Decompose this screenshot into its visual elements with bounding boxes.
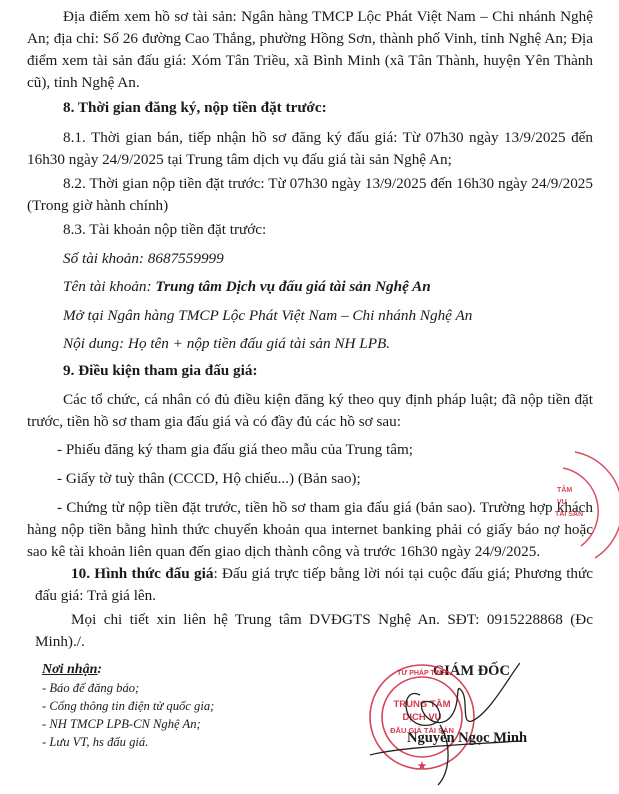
- svg-text:VỤ: VỤ: [557, 499, 567, 506]
- signer-name: Nguyễn Ngọc Minh: [407, 727, 527, 749]
- section-8-3: 8.3. Tài khoản nộp tiền đặt trước:: [63, 219, 266, 241]
- view-location-paragraph: Địa điểm xem hồ sơ tài sản: Ngân hàng TM…: [27, 6, 593, 94]
- recipient-item: - Báo để đăng báo;: [42, 679, 214, 697]
- recipient-item: - NH TMCP LPB-CN Nghệ An;: [42, 715, 214, 733]
- section-8-1: 8.1. Thời gian bán, tiếp nhận hồ sơ đăng…: [27, 127, 593, 171]
- recipient-item: - Lưu VT, hs đấu giá.: [42, 733, 214, 751]
- svg-text:TÂM: TÂM: [557, 485, 572, 494]
- account-name-value: Trung tâm Dịch vụ đấu giá tài sản Nghệ A…: [155, 278, 430, 295]
- recipients-title: Nơi nhận: [42, 662, 97, 677]
- signature-scribble-icon: [370, 663, 520, 785]
- contact-line: Mọi chi tiết xin liên hệ Trung tâm DVĐGT…: [35, 609, 593, 653]
- account-name-label: Tên tài khoản:: [63, 278, 155, 295]
- section-9-heading: 9. Điều kiện tham gia đấu giá:: [63, 360, 258, 382]
- stamp-top-text: TƯ PHÁP TỈNH: [397, 668, 447, 677]
- requirement-item: - Chứng từ nộp tiền đặt trước, tiền hồ s…: [27, 497, 593, 563]
- recipient-item: - Cổng thông tin điện tử quốc gia;: [42, 697, 214, 715]
- section-8-2: 8.2. Thời gian nộp tiền đặt trước: Từ 07…: [27, 173, 593, 217]
- partial-stamp-icon: TÂM VỤ TÀI SẢN: [555, 450, 619, 560]
- section-10-heading: 10. Hình thức đấu giá: [71, 565, 213, 582]
- section-10: 10. Hình thức đấu giá: Đấu giá trực tiếp…: [35, 563, 593, 607]
- recipients-block: Nơi nhận: - Báo để đăng báo; - Cổng thôn…: [42, 660, 214, 751]
- account-number: Số tài khoản: 8687559999: [63, 248, 224, 270]
- svg-text:★: ★: [418, 761, 427, 772]
- official-stamp-icon: TRUNG TÂM DỊCH VỤ ĐẤU GIÁ TÀI SẢN TƯ PHÁ…: [360, 655, 520, 794]
- section-8-heading: 8. Thời gian đăng ký, nộp tiền đặt trước…: [63, 97, 327, 119]
- account-bank: Mở tại Ngân hàng TMCP Lộc Phát Việt Nam …: [63, 305, 472, 327]
- requirement-item: - Phiếu đăng ký tham gia đấu giá theo mẫ…: [57, 439, 413, 461]
- svg-text:TÀI SẢN: TÀI SẢN: [555, 509, 583, 518]
- requirement-item: - Giấy tờ tuỳ thân (CCCD, Hộ chiếu...) (…: [57, 468, 361, 490]
- document-page: Địa điểm xem hồ sơ tài sản: Ngân hàng TM…: [0, 0, 619, 794]
- transfer-content: Nội dung: Họ tên + nộp tiền đấu giá tài …: [63, 333, 390, 355]
- section-9-intro: Các tổ chức, cá nhân có đủ điều kiện đăn…: [27, 389, 593, 433]
- account-name: Tên tài khoản: Trung tâm Dịch vụ đấu giá…: [63, 276, 431, 298]
